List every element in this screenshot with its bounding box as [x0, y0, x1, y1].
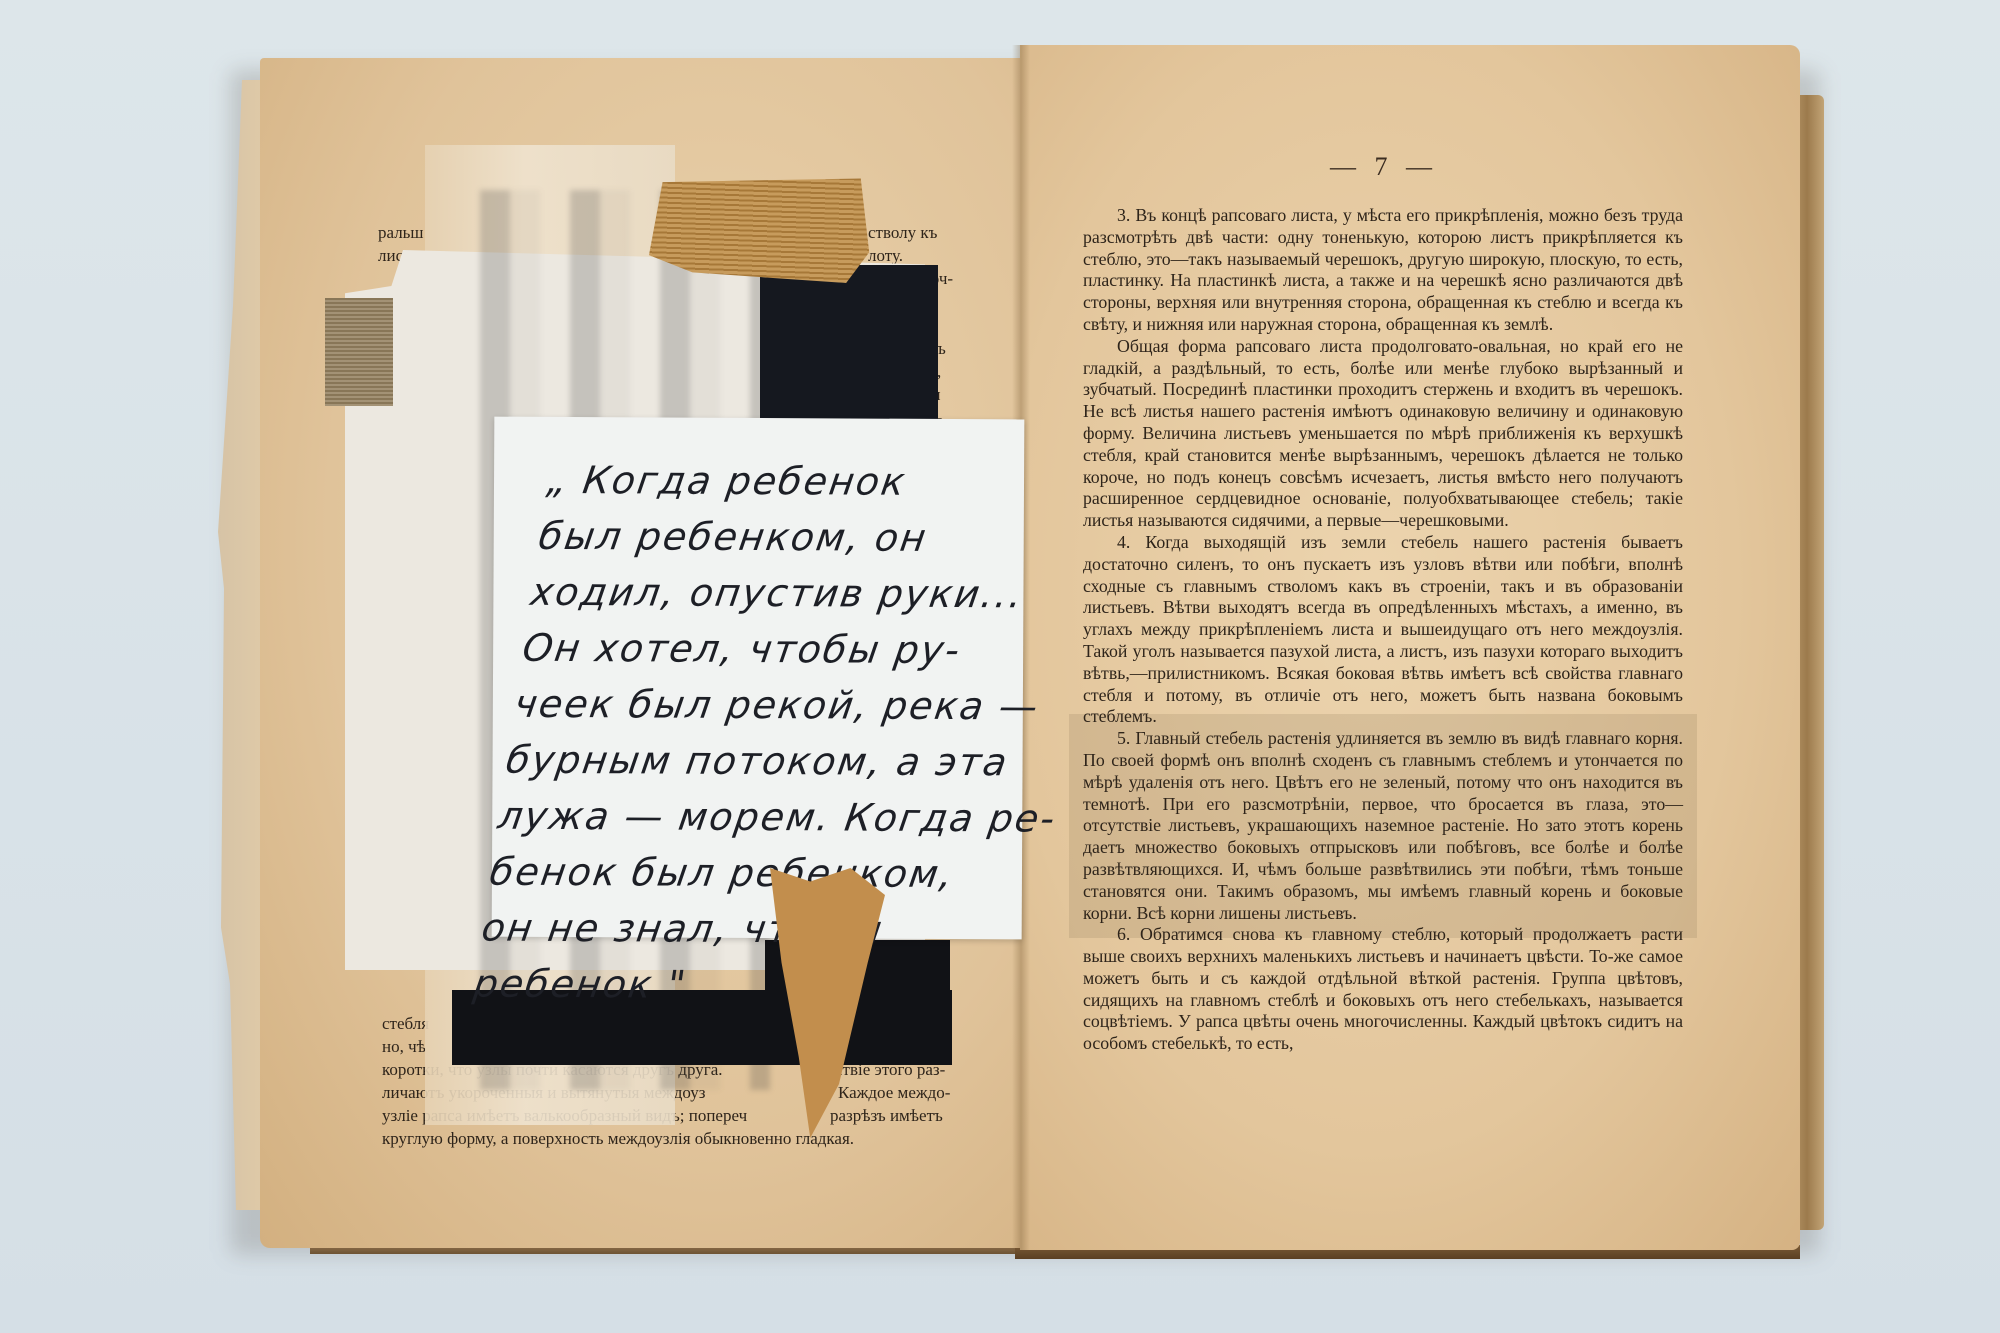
note-line: „ Когда ребенок [543, 452, 1051, 511]
note-line: лужа — морем. Когда ре- [494, 788, 1002, 847]
left-page-text-fragment: разрѣзъ имѣетъ [830, 1105, 943, 1127]
handwritten-note: „ Когда ребенок был ребенком, он ходил, … [492, 417, 1025, 940]
note-line: ребенок " [470, 956, 978, 1015]
note-line: был ребенком, он [535, 508, 1043, 567]
handwritten-quote: „ Когда ребенок был ребенком, он ходил, … [470, 452, 1052, 1014]
left-page-text-fragment: Каждое междо- [838, 1082, 950, 1104]
paragraph-5: 5. Главный стебель растенія удлиняется в… [1083, 728, 1683, 924]
note-line: бурным потоком, а эта [503, 732, 1011, 791]
paragraph-6: 6. Обратимся снова къ главному стеблю, к… [1083, 924, 1683, 1055]
left-page-text-fragment: стволу къ [868, 222, 937, 244]
right-page-body-text: 3. Въ концѣ рапсоваго листа, у мѣста его… [1083, 205, 1683, 1055]
left-page-text-fragment: ральш [378, 222, 424, 244]
note-line: он не знал, что он [478, 900, 986, 959]
left-page-text-fragment: но, чѣ [382, 1036, 426, 1058]
note-line: бенок был ребенком, [486, 844, 994, 903]
note-line: Он хотел, чтобы ру- [519, 620, 1027, 679]
paragraph-4: 4. Когда выходящій изъ земли стебель наш… [1083, 532, 1683, 728]
collage-burlap-scrap-top [648, 171, 872, 284]
collage-burlap-scrap-left [325, 298, 393, 406]
collage-black-paper-square [760, 265, 938, 430]
note-line: чеек был рекой, река — [511, 676, 1019, 735]
note-line: ходил, опустив руки... [527, 564, 1035, 623]
left-page-text-fragment: круглую форму, а поверхность междоузлія … [382, 1128, 854, 1150]
paragraph-general-form: Общая форма рапсоваго листа продолговато… [1083, 336, 1683, 532]
paragraph-3: 3. Въ концѣ рапсоваго листа, у мѣста его… [1083, 205, 1683, 336]
left-page-text-fragment: стебля [382, 1013, 429, 1035]
page-number: — 7 — [1330, 152, 1438, 182]
